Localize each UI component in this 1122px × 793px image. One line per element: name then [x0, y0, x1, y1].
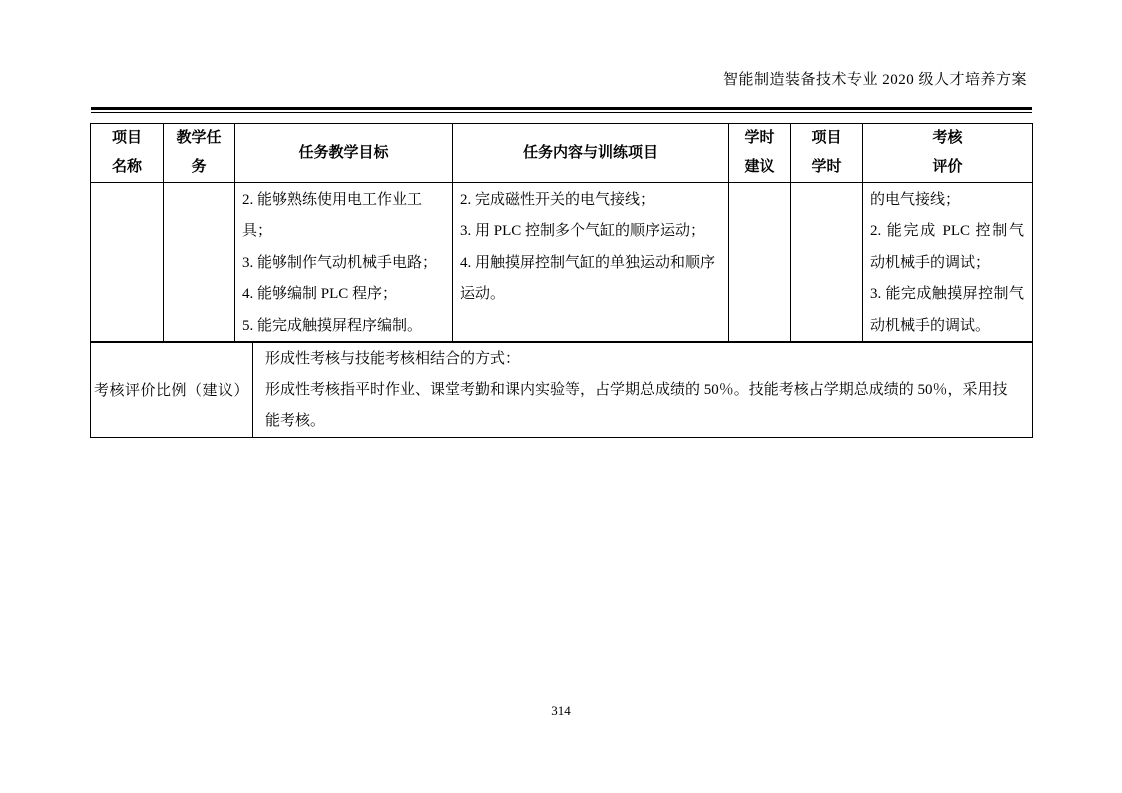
column-header-teaching-task: 教学任 务 — [164, 124, 235, 183]
column-header-project-name: 项目 名称 — [91, 124, 164, 183]
assessment-item: 的电气接线； — [870, 185, 1024, 216]
curriculum-table: 项目 名称 教学任 务 任务教学目标 任务内容与训练项目 学时 建议 项目 学时… — [90, 123, 1033, 343]
assessment-ratio-content: 形成性考核与技能考核相结合的方式： 形成性考核指平时作业、课堂考勤和课内实验等，… — [253, 342, 1033, 438]
goal-item: 3. 能够制作气动机械手电路； — [242, 248, 448, 279]
cell-assessment: 的电气接线； 2. 能完成 PLC 控制气动机械手的调试； 3. 能完成触摸屏控… — [863, 183, 1033, 343]
content-item: 3. 用 PLC 控制多个气缸的顺序运动； — [460, 216, 720, 247]
content-item: 2. 完成磁性开关的电气接线； — [460, 185, 720, 216]
column-header-assessment: 考核 评价 — [863, 124, 1033, 183]
ratio-line: 形成性考核指平时作业、课堂考勤和课内实验等，占学期总成绩的 50％。技能考核占学… — [265, 375, 1016, 437]
cell-task-goals: 2. 能够熟练使用电工作业工具； 3. 能够制作气动机械手电路； 4. 能够编制… — [235, 183, 453, 343]
column-header-task-contents: 任务内容与训练项目 — [453, 124, 729, 183]
cell-teaching-task — [164, 183, 235, 343]
document-header-title: 智能制造装备技术专业 2020 级人才培养方案 — [90, 71, 1027, 90]
assessment-item: 2. 能完成 PLC 控制气动机械手的调试； — [870, 216, 1024, 279]
cell-hours-suggested — [729, 183, 791, 343]
assessment-ratio-label: 考核评价比例（建议） — [91, 342, 253, 438]
column-header-hours-suggested: 学时 建议 — [729, 124, 791, 183]
goal-item: 2. 能够熟练使用电工作业工具； — [242, 185, 448, 248]
column-header-task-goals: 任务教学目标 — [235, 124, 453, 183]
page-number: 314 — [0, 703, 1122, 719]
goal-item: 5. 能完成触摸屏程序编制。 — [242, 311, 448, 342]
document-page: 智能制造装备技术专业 2020 级人才培养方案 项目 名称 教学任 务 任务教学… — [0, 0, 1122, 793]
cell-project-name — [91, 183, 164, 343]
cell-project-hours — [791, 183, 863, 343]
ratio-line: 形成性考核与技能考核相结合的方式： — [265, 344, 1016, 375]
goal-item: 4. 能够编制 PLC 程序； — [242, 279, 448, 310]
header-double-rule — [91, 107, 1032, 113]
content-item: 4. 用触摸屏控制气缸的单独运动和顺序运动。 — [460, 248, 720, 311]
table-content-row: 2. 能够熟练使用电工作业工具； 3. 能够制作气动机械手电路； 4. 能够编制… — [91, 183, 1033, 343]
assessment-item: 3. 能完成触摸屏控制气动机械手的调试。 — [870, 279, 1024, 342]
column-header-project-hours: 项目 学时 — [791, 124, 863, 183]
table-header-row: 项目 名称 教学任 务 任务教学目标 任务内容与训练项目 学时 建议 项目 学时… — [91, 124, 1033, 183]
assessment-ratio-table: 考核评价比例（建议） 形成性考核与技能考核相结合的方式： 形成性考核指平时作业、… — [90, 341, 1033, 438]
assessment-ratio-row: 考核评价比例（建议） 形成性考核与技能考核相结合的方式： 形成性考核指平时作业、… — [91, 342, 1033, 438]
cell-task-contents: 2. 完成磁性开关的电气接线； 3. 用 PLC 控制多个气缸的顺序运动； 4.… — [453, 183, 729, 343]
